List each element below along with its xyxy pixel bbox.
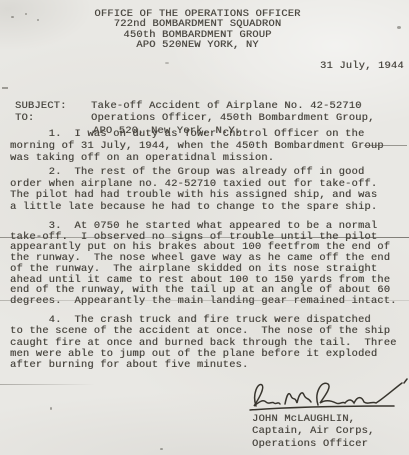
paper-speck	[165, 62, 169, 64]
paper-speck	[11, 16, 14, 18]
signature-block: JOHN McLAUGHLIN, Captain, Air Corps, Ope…	[252, 413, 374, 450]
fold-crease-line-upper	[0, 237, 409, 238]
signer-title: Operations Officer	[252, 438, 374, 450]
subject-label: SUBJECT:	[15, 100, 91, 112]
letterhead: OFFICE OF THE OPERATIONS OFFICER 722nd B…	[0, 9, 395, 51]
signer-rank: Captain, Air Corps,	[252, 425, 374, 437]
subject-text: Take-off Accident of Airplane No. 42-527…	[91, 100, 362, 112]
paper-speck	[2, 87, 8, 89]
paragraph-2: 2. The rest of the Group was already off…	[10, 167, 377, 213]
stray-pen-dash	[364, 145, 407, 146]
letterhead-apo-line: APO 520NEW YORK, NY	[0, 40, 395, 50]
handwritten-signature	[242, 376, 409, 418]
paper-speck	[397, 26, 401, 29]
fold-crease-line-lower	[0, 300, 409, 301]
subject-row: SUBJECT:Take-off Accident of Airplane No…	[15, 100, 375, 112]
paragraph-4: 4. The crash truck and fire truck were d…	[10, 315, 397, 371]
to-label: TO:	[15, 112, 91, 124]
memo-document: OFFICE OF THE OPERATIONS OFFICER 722nd B…	[0, 0, 409, 455]
paper-speck	[25, 13, 27, 15]
paper-speck	[50, 407, 52, 410]
paragraph-1: 1. I was on duty as Tower Cnbtrol Office…	[10, 128, 384, 164]
to-row: TO:Operations Officer, 450th Bombardment…	[15, 112, 375, 124]
paragraph-3: 3. At 0750 he started what appeared to b…	[10, 221, 397, 307]
paper-speck	[37, 19, 39, 21]
paper-speck	[160, 448, 163, 450]
to-address-line1: Operations Officer, 450th Bombardment Gr…	[91, 112, 375, 124]
date-line: 31 July, 1944	[320, 60, 404, 72]
signer-name: JOHN McLAUGHLIN,	[252, 413, 374, 425]
fold-crease-fragment	[0, 384, 95, 385]
